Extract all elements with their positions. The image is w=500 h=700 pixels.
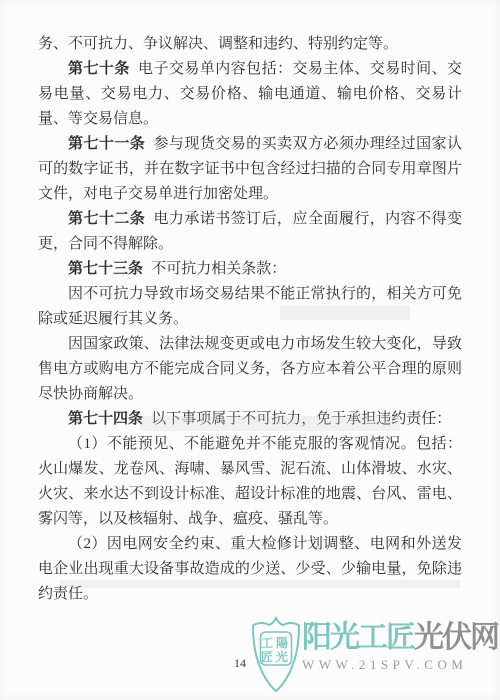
badge-text-row1: 工陽	[261, 635, 291, 650]
watermark-title: 阳光工匠光伏网	[302, 621, 498, 655]
badge-text-row2: 匠光	[261, 649, 291, 664]
article-heading: 第七十四条	[68, 411, 143, 427]
document-body: 务、不可抗力、争议解决、调整和违约、特别约定等。 第七十条电子交易单内容包括：交…	[38, 32, 462, 607]
paragraph-text: 因国家政策、法律法规变更或电力市场发生较大变化，导致售电方或购电方不能完成合同义…	[38, 336, 462, 402]
paragraph-text: 因不可抗力导致市场交易结果不能正常执行的，相关方可免除或延迟履行其义务。	[38, 286, 462, 327]
paragraph-text: （2）因电网安全约束、重大检修计划调整、电网和外送发电企业出现重大设备事故造成的…	[38, 536, 462, 602]
paragraph-text: 以下事项属于不可抗力，免于承担违约责任：	[151, 411, 451, 427]
document-paragraph: 第七十条电子交易单内容包括：交易主体、交易时间、交易电量、交易电力、交易价格、输…	[38, 57, 462, 132]
paragraph-text: 务、不可抗力、争议解决、调整和违约、特别约定等。	[38, 36, 398, 52]
document-paragraph: 第七十四条以下事项属于不可抗力，免于承担违约责任：	[38, 407, 462, 432]
paragraph-text: 不可抗力相关条款：	[151, 261, 286, 277]
document-paragraph: 因不可抗力导致市场交易结果不能正常执行的，相关方可免除或延迟履行其义务。	[38, 282, 462, 332]
document-paragraph: （2）因电网安全约束、重大检修计划调整、电网和外送发电企业出现重大设备事故造成的…	[38, 532, 462, 607]
paragraph-text: （1）不能预见、不能避免并不能克服的客观情况。包括：火山爆发、龙卷风、海啸、暴风…	[38, 436, 462, 527]
article-heading: 第七十条	[68, 61, 130, 77]
watermark-url: WWW.21SPV.COM	[302, 657, 498, 672]
document-paragraph: 第七十二条电力承诺书签订后，应全面履行，内容不得变更，合同不得解除。	[38, 207, 462, 257]
watermark-badge: 工陽 匠光	[245, 616, 307, 699]
article-heading: 第七十三条	[68, 261, 143, 277]
article-heading: 第七十一条	[68, 136, 145, 152]
article-heading: 第七十二条	[68, 211, 145, 227]
document-paragraph: 第七十三条不可抗力相关条款：	[38, 257, 462, 282]
watermark-title-primary: 阳光工匠	[302, 621, 414, 654]
document-paragraph: 因国家政策、法律法规变更或电力市场发生较大变化，导致售电方或购电方不能完成合同义…	[38, 332, 462, 407]
document-paragraph: 务、不可抗力、争议解决、调整和违约、特别约定等。	[38, 32, 462, 57]
document-paragraph: 第七十一条参与现货交易的买卖双方必须办理经过国家认可的数字证书，并在数字证书中包…	[38, 132, 462, 207]
shield-icon: 工陽 匠光	[245, 616, 307, 694]
watermark-logo: 阳光工匠光伏网 WWW.21SPV.COM	[302, 621, 498, 672]
scanned-document-page: 务、不可抗力、争议解决、调整和违约、特别约定等。 第七十条电子交易单内容包括：交…	[0, 0, 500, 700]
watermark-title-secondary: 光伏网	[414, 621, 498, 654]
document-paragraph: （1）不能预见、不能避免并不能克服的客观情况。包括：火山爆发、龙卷风、海啸、暴风…	[38, 432, 462, 532]
